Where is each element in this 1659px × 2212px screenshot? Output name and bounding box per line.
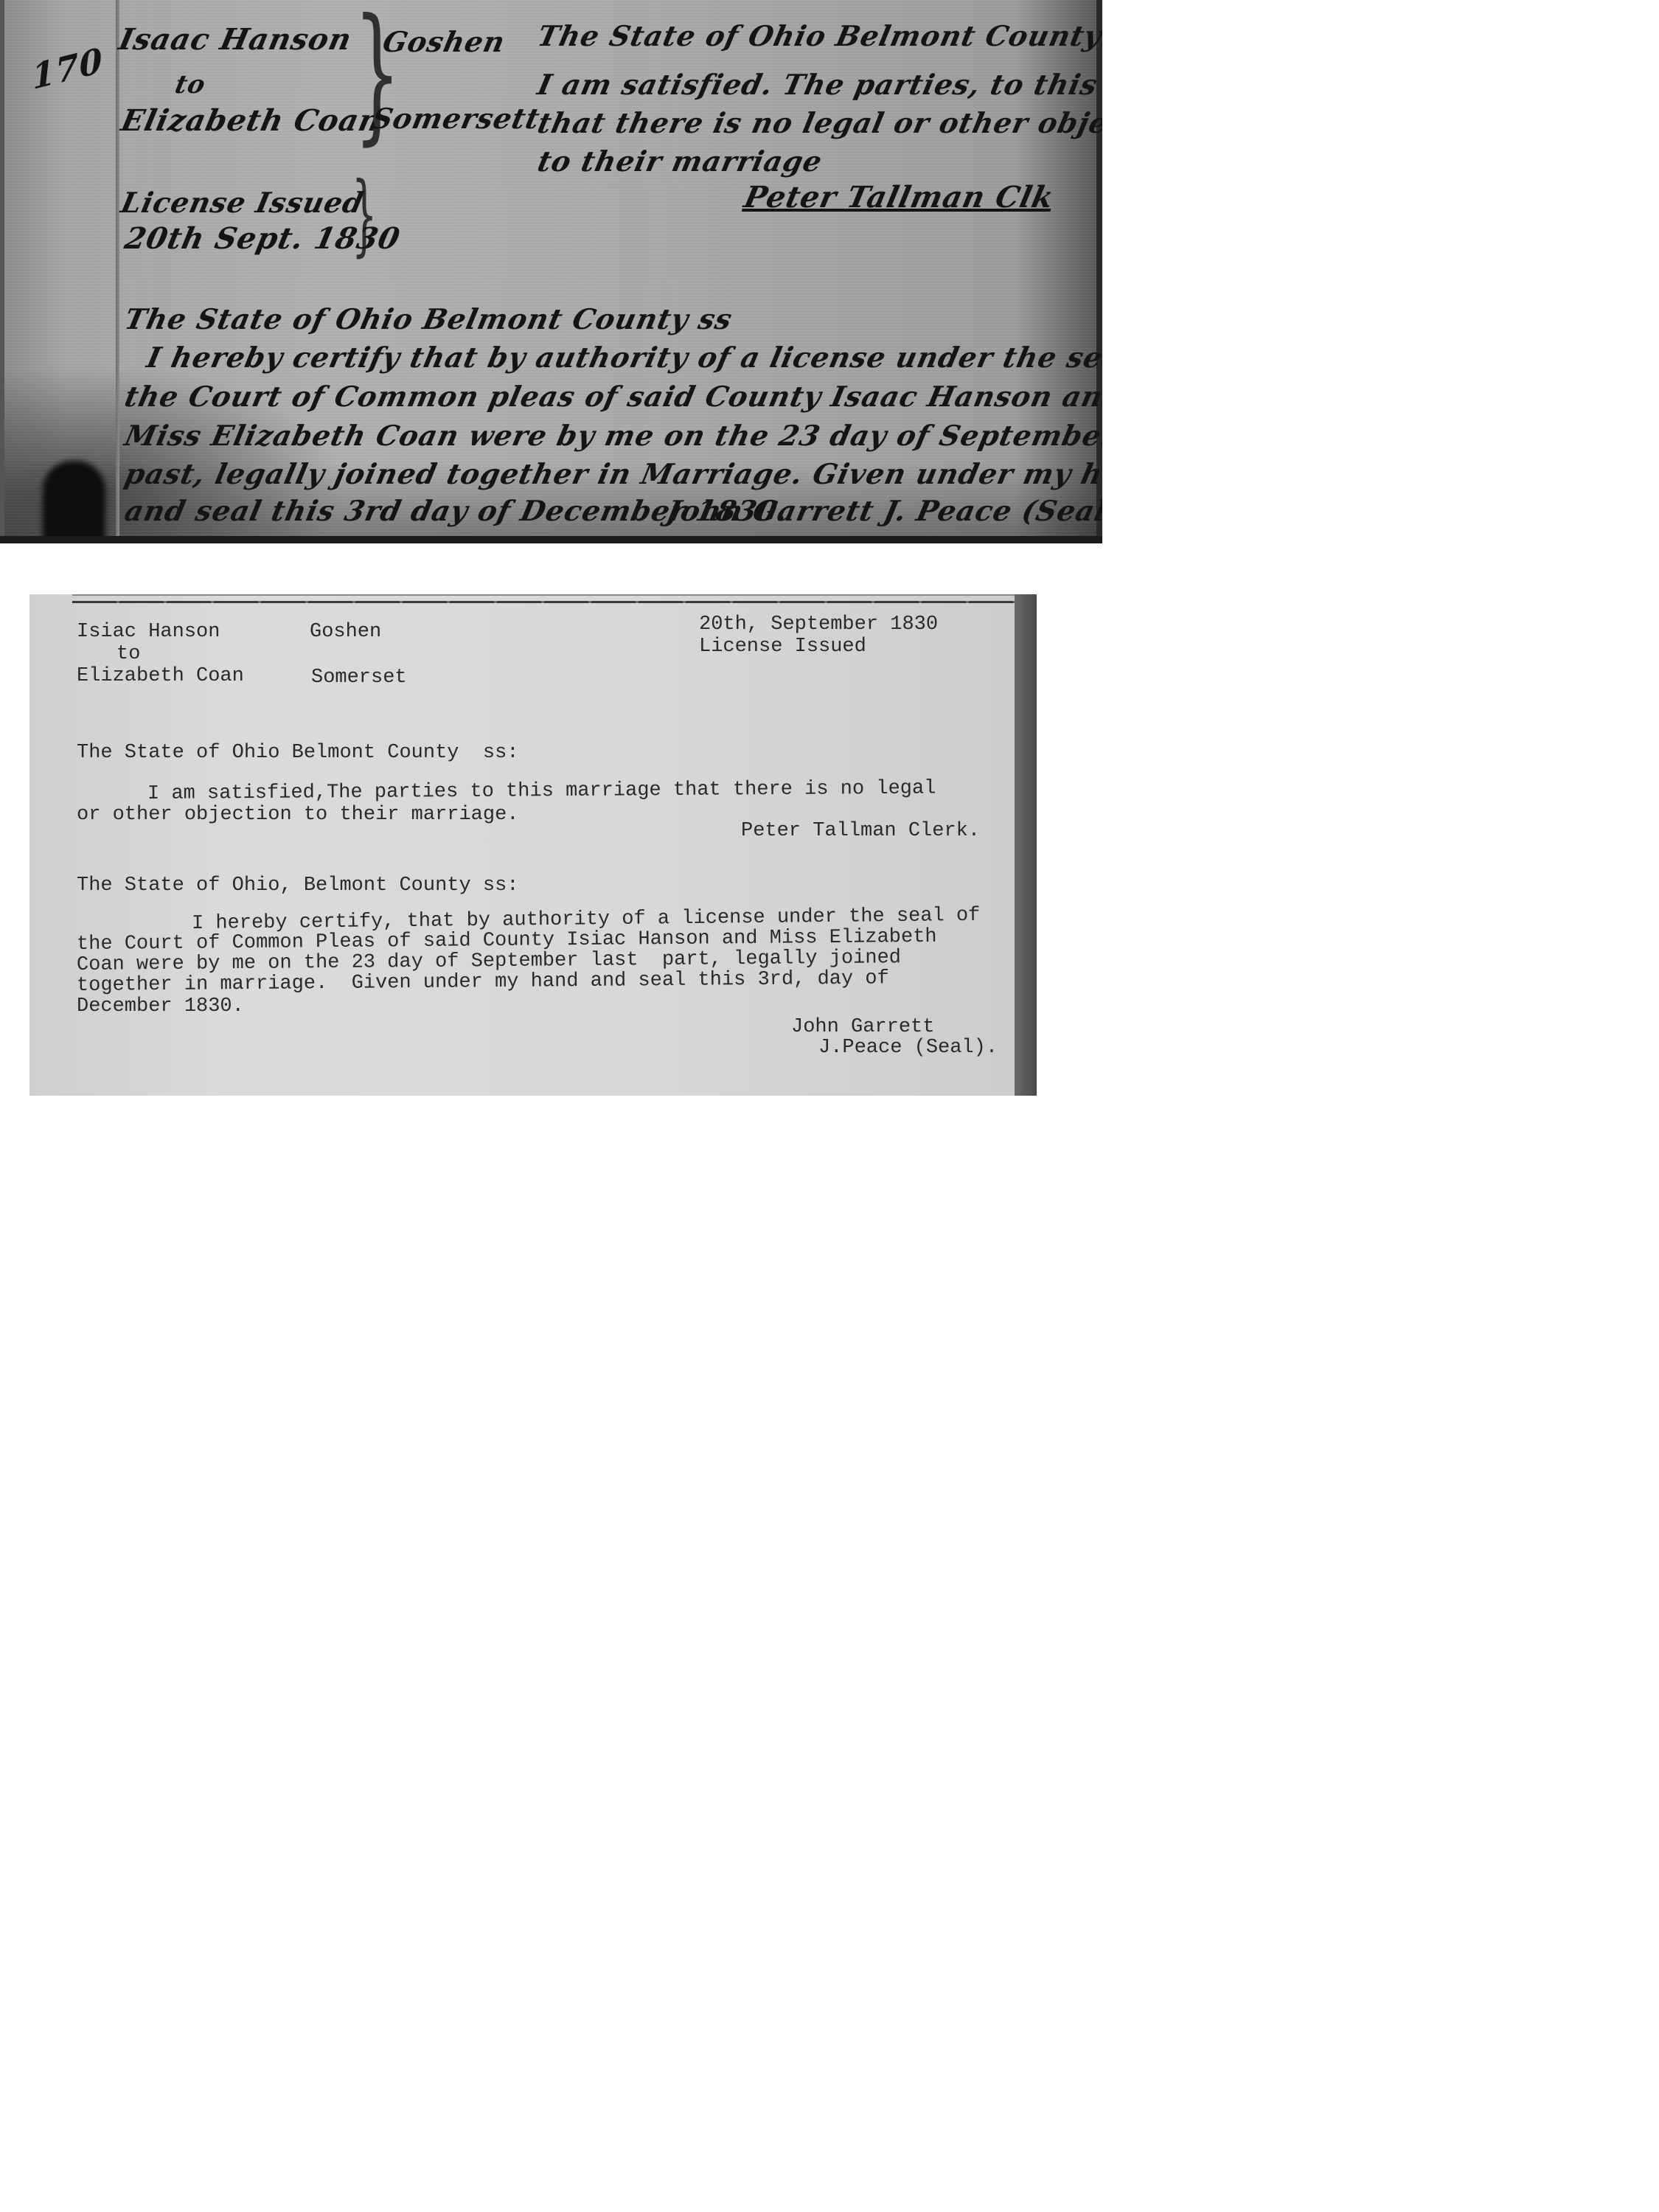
clerk-section-line: or other objection to their marriage. [77,804,519,826]
officiant-certificate-line: Miss Elizabeth Coan were by me on the 23… [122,419,1102,452]
clerk-certificate-line: to their marriage [535,145,825,178]
handwritten-ledger-image: 170 Isaac Hanson to Elizabeth Coan } } G… [0,0,1102,543]
clerk-signature: Peter Tallman Clerk. [741,820,980,842]
clerk-section-heading: The State of Ohio Belmont County ss: [77,742,519,764]
groom-name: Isaac Hanson [116,22,355,57]
officiant-section-line: December 1830. [77,995,244,1018]
entry-number: 170 [31,40,105,98]
dark-blot [43,461,105,543]
typed-bride-name: Elizabeth Coan [77,665,244,687]
page-edge-bottom [0,536,1102,543]
officiant-section-heading: The State of Ohio, Belmont County ss: [77,874,519,897]
license-date: 20th Sept. 1830 [122,221,403,256]
typed-transcription-image: Isiac Hanson to Elizabeth Coan Goshen So… [29,594,1037,1096]
typed-license-date: 20th, September 1830 [699,613,938,636]
ledger-margin-line [116,0,119,543]
officiant-signature: John Garrett J. Peace (Seal) [664,494,1102,527]
typed-groom-residence: Goshen [310,621,381,643]
officiant-certificate-line: The State of Ohio Belmont County ss [122,302,735,335]
bride-name: Elizabeth Coan [118,103,385,138]
officiant-certificate-line: the Court of Common pleas of said County… [122,380,1102,413]
connector-to: to [173,70,209,100]
clerk-signature: Peter Tallman Clk [741,180,1057,215]
typed-connector-to: to [116,643,140,665]
page-edge-right [1015,594,1037,1096]
clerk-section-line: I am satisfied,The parties to this marri… [147,778,936,805]
license-label: License Issued [118,186,366,219]
typed-groom-name: Isiac Hanson [77,621,220,643]
bride-residence: Somersett [369,102,543,135]
top-rule-line [72,601,1037,603]
clerk-certificate-line: I am satisfied. The parties, to this Mar… [535,68,1102,101]
officiant-signature-title: J.Peace (Seal). [818,1037,998,1059]
officiant-certificate-line: I hereby certify that by authority of a … [144,341,1102,374]
groom-residence: Goshen [380,25,508,58]
officiant-signature-name: John Garrett [791,1016,934,1038]
clerk-certificate-line: The State of Ohio Belmont County SS. [535,19,1102,52]
typed-license-label: License Issued [699,636,866,658]
page-edge-shadow [0,0,4,543]
top-rule-line [72,594,1037,596]
officiant-certificate-line: past, legally joined together in Marriag… [122,457,1102,490]
clerk-certificate-line: that there is no legal or other objectio… [535,106,1102,139]
typed-bride-residence: Somerset [311,667,407,689]
